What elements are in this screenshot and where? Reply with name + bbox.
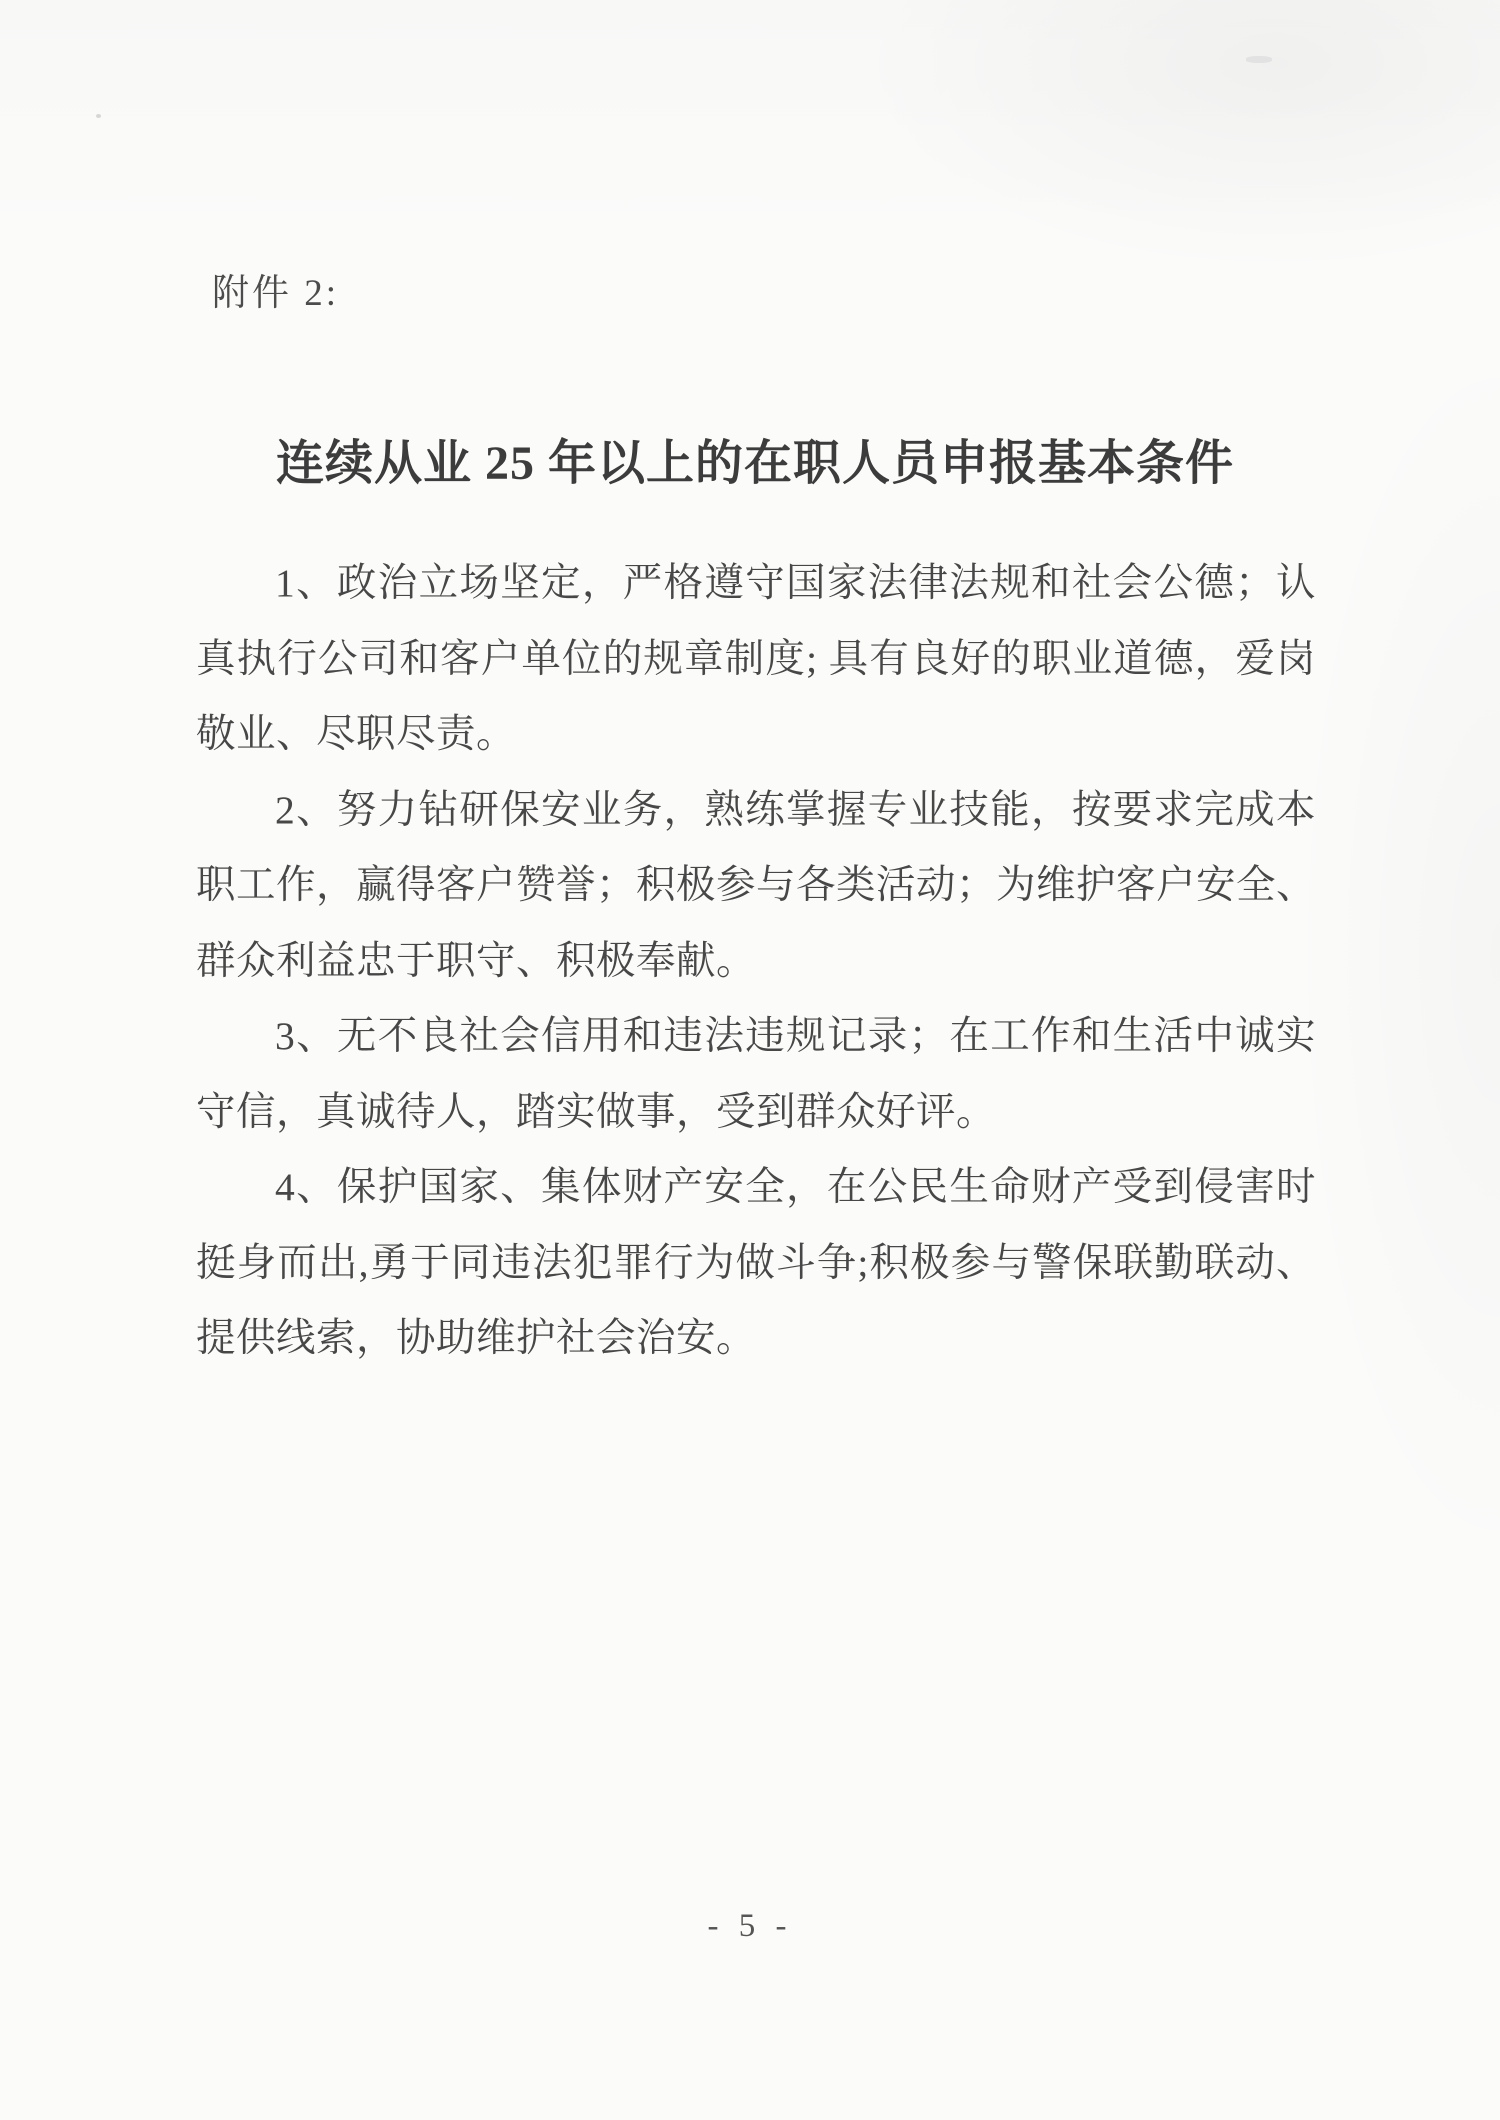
body-paragraph-1: 1、政治立场坚定，严格遵守国家法律法规和社会公德；认真执行公司和客户单位的规章制… [196,546,1316,773]
body-paragraph-3: 3、无不良社会信用和违法违规记录；在工作和生活中诚实守信，真诚待人，踏实做事，受… [196,999,1316,1150]
body-paragraph-4: 4、保护国家、集体财产安全，在公民生命财产受到侵害时挺身而出,勇于同违法犯罪行为… [196,1150,1316,1377]
scan-artifact [1246,56,1272,63]
document-body: 1、政治立场坚定，严格遵守国家法律法规和社会公德；认真执行公司和客户单位的规章制… [196,546,1316,1377]
body-paragraph-2: 2、努力钻研保安业务，熟练掌握专业技能，按要求完成本职工作，赢得客户赞誉；积极参… [196,773,1316,1000]
attachment-label: 附件 2: [212,262,339,316]
scan-artifact [96,114,101,118]
document-title: 连续从业 25 年以上的在职人员申报基本条件 [150,424,1360,493]
scanned-document-page: 附件 2: 连续从业 25 年以上的在职人员申报基本条件 1、政治立场坚定，严格… [0,0,1500,2120]
page-number: - 5 - [0,1908,1500,1945]
